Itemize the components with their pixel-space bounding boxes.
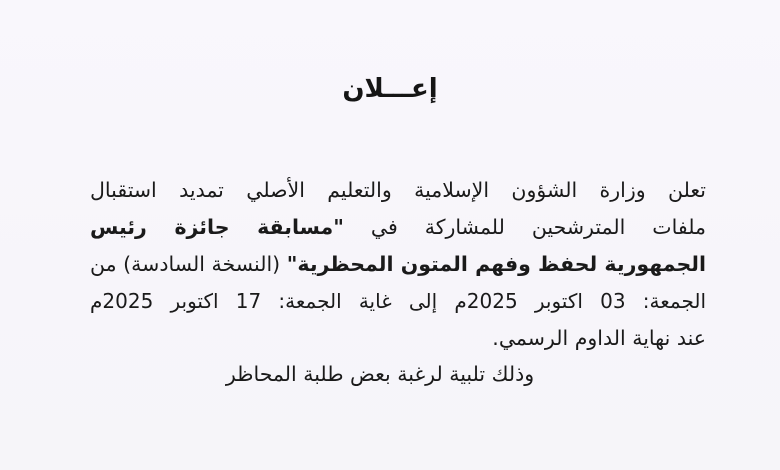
body-line-2-regular: ملفات المترشحين للمشاركة في [344, 215, 706, 239]
announcement-body: تعلن وزارة الشؤون الإسلامية والتعليم الأ… [90, 172, 706, 357]
body-line-2: ملفات المترشحين للمشاركة في "مسابقة جائز… [90, 209, 706, 246]
body-line-3: الجمهورية لحفظ وفهم المتون المحظرية" (ال… [90, 246, 706, 283]
body-line-1: تعلن وزارة الشؤون الإسلامية والتعليم الأ… [90, 172, 706, 209]
date-range-line: الجمعة: 03 اكتوبر 2025م إلى غاية الجمعة:… [90, 283, 706, 320]
announcement-title: إعـــلان [0, 74, 780, 104]
competition-name-part-1: "مسابقة جائزة رئيس [90, 215, 344, 239]
scanned-page: إعـــلان تعلن وزارة الشؤون الإسلامية وال… [0, 0, 780, 470]
edition-text: (النسخة السادسة) من [90, 252, 287, 276]
closing-statement: وذلك تلبية لرغبة بعض طلبة المحاظر [200, 362, 560, 386]
announcement-title-text: إعـــلان [342, 74, 437, 104]
competition-name-part-2: الجمهورية لحفظ وفهم المتون المحظرية" [287, 252, 706, 276]
deadline-time-line: عند نهاية الداوم الرسمي. [90, 320, 706, 357]
